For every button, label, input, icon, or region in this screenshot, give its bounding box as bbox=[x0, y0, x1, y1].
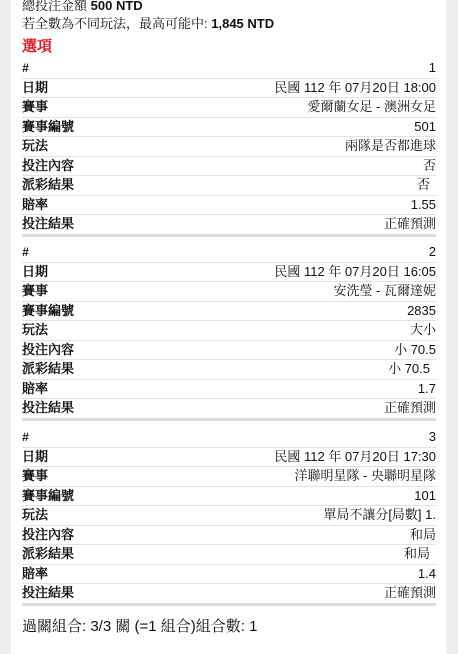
bet-type-value: 單局不讓分[局數] 1. bbox=[323, 506, 436, 524]
bet-table-1: # 1 日期 民國 112 年 07月20日 18:00 賽事 愛爾蘭女足 - … bbox=[22, 59, 436, 237]
row-bet-type: 玩法 兩隊是否都進球 bbox=[22, 137, 436, 157]
bet-table-3: # 3 日期 民國 112 年 07月20日 17:30 賽事 洋聯明星隊 - … bbox=[22, 428, 436, 606]
index-value: 1 bbox=[429, 59, 436, 77]
index-label: # bbox=[22, 59, 29, 77]
max-payout-line: 若全數為不同玩法，最高可能中: 1,845 NTD bbox=[22, 15, 274, 33]
index-label: # bbox=[22, 243, 29, 261]
index-value: 2 bbox=[429, 243, 436, 261]
total-stake-value: 500 NTD bbox=[91, 0, 143, 13]
match-label: 賽事 bbox=[22, 98, 48, 116]
bet-table-2: # 2 日期 民國 112 年 07月20日 16:05 賽事 安洗瑩 - 瓦爾… bbox=[22, 243, 436, 421]
payout-result-value: 小 70.5 bbox=[388, 360, 436, 378]
date-value: 民國 112 年 07月20日 17:30 bbox=[274, 448, 436, 466]
row-bet-result: 投注結果 正確預測 bbox=[22, 399, 436, 418]
match-no-label: 賽事編號 bbox=[22, 487, 74, 505]
bet-result-value: 正確預測 bbox=[384, 215, 436, 233]
row-match: 賽事 愛爾蘭女足 - 澳洲女足 bbox=[22, 98, 436, 118]
payout-result-label: 派彩結果 bbox=[22, 545, 74, 563]
row-odds: 賠率 1.7 bbox=[22, 380, 436, 400]
total-stake-line: 總投注金額 500 NTD bbox=[22, 0, 143, 15]
row-date: 日期 民國 112 年 07月20日 17:30 bbox=[22, 448, 436, 468]
date-label: 日期 bbox=[22, 79, 48, 97]
index-label: # bbox=[22, 428, 29, 446]
row-payout-result: 派彩結果 小 70.5 bbox=[22, 360, 436, 380]
bet-result-value: 正確預測 bbox=[384, 584, 436, 602]
match-label: 賽事 bbox=[22, 467, 48, 485]
date-value: 民國 112 年 07月20日 18:00 bbox=[274, 79, 436, 97]
row-index: # 1 bbox=[22, 59, 436, 79]
odds-label: 賠率 bbox=[22, 196, 48, 214]
row-match-no: 賽事編號 2835 bbox=[22, 302, 436, 322]
match-value: 洋聯明星隊 - 央聯明星隊 bbox=[294, 467, 436, 485]
total-stake-label: 總投注金額 bbox=[22, 0, 87, 13]
options-heading: 選項 bbox=[22, 37, 52, 57]
max-payout-value: 1,845 NTD bbox=[211, 16, 274, 31]
selection-label: 投注內容 bbox=[22, 526, 74, 544]
match-value: 安洗瑩 - 瓦爾達妮 bbox=[333, 282, 436, 300]
bet-type-value: 兩隊是否都進球 bbox=[345, 137, 436, 155]
selection-value: 小 70.5 bbox=[394, 341, 436, 359]
date-label: 日期 bbox=[22, 448, 48, 466]
match-value: 愛爾蘭女足 - 澳洲女足 bbox=[307, 98, 436, 116]
match-no-value: 101 bbox=[414, 487, 436, 505]
row-match: 賽事 洋聯明星隊 - 央聯明星隊 bbox=[22, 467, 436, 487]
row-selection: 投注內容 和局 bbox=[22, 526, 436, 546]
row-index: # 2 bbox=[22, 243, 436, 263]
selection-value: 否 bbox=[423, 157, 436, 175]
selection-label: 投注內容 bbox=[22, 157, 74, 175]
bet-type-label: 玩法 bbox=[22, 506, 48, 524]
odds-label: 賠率 bbox=[22, 380, 48, 398]
row-match: 賽事 安洗瑩 - 瓦爾達妮 bbox=[22, 282, 436, 302]
row-bet-result: 投注結果 正確預測 bbox=[22, 215, 436, 234]
row-bet-result: 投注結果 正確預測 bbox=[22, 584, 436, 603]
row-bet-type: 玩法 大小 bbox=[22, 321, 436, 341]
parlay-summary: 過關組合: 3/3 關 (=1 組合)組合數: 1 bbox=[22, 616, 257, 638]
row-odds: 賠率 1.55 bbox=[22, 196, 436, 216]
selection-label: 投注內容 bbox=[22, 341, 74, 359]
bet-type-label: 玩法 bbox=[22, 137, 48, 155]
max-payout-label: 若全數為不同玩法，最高可能中: bbox=[22, 16, 208, 31]
date-label: 日期 bbox=[22, 263, 48, 281]
match-no-label: 賽事編號 bbox=[22, 118, 74, 136]
odds-value: 1.55 bbox=[411, 196, 436, 214]
payout-result-label: 派彩結果 bbox=[22, 360, 74, 378]
odds-value: 1.7 bbox=[418, 380, 436, 398]
bet-result-label: 投注結果 bbox=[22, 215, 74, 233]
match-no-value: 2835 bbox=[407, 302, 436, 320]
match-label: 賽事 bbox=[22, 282, 48, 300]
row-index: # 3 bbox=[22, 428, 436, 448]
row-match-no: 賽事編號 101 bbox=[22, 487, 436, 507]
match-no-value: 501 bbox=[414, 118, 436, 136]
row-selection: 投注內容 否 bbox=[22, 157, 436, 177]
payout-result-value: 否 bbox=[417, 176, 436, 194]
row-date: 日期 民國 112 年 07月20日 18:00 bbox=[22, 79, 436, 99]
bet-type-label: 玩法 bbox=[22, 321, 48, 339]
row-bet-type: 玩法 單局不讓分[局數] 1. bbox=[22, 506, 436, 526]
bet-type-value: 大小 bbox=[410, 321, 436, 339]
row-date: 日期 民國 112 年 07月20日 16:05 bbox=[22, 263, 436, 283]
odds-value: 1.4 bbox=[418, 565, 436, 583]
date-value: 民國 112 年 07月20日 16:05 bbox=[274, 263, 436, 281]
bet-result-value: 正確預測 bbox=[384, 399, 436, 417]
payout-result-label: 派彩結果 bbox=[22, 176, 74, 194]
match-no-label: 賽事編號 bbox=[22, 302, 74, 320]
row-selection: 投注內容 小 70.5 bbox=[22, 341, 436, 361]
row-payout-result: 派彩結果 和局 bbox=[22, 545, 436, 565]
odds-label: 賠率 bbox=[22, 565, 48, 583]
row-payout-result: 派彩結果 否 bbox=[22, 176, 436, 196]
row-odds: 賠率 1.4 bbox=[22, 565, 436, 585]
bet-result-label: 投注結果 bbox=[22, 399, 74, 417]
selection-value: 和局 bbox=[410, 526, 436, 544]
bet-result-label: 投注結果 bbox=[22, 584, 74, 602]
index-value: 3 bbox=[429, 428, 436, 446]
payout-result-value: 和局 bbox=[404, 545, 436, 563]
row-match-no: 賽事編號 501 bbox=[22, 118, 436, 138]
